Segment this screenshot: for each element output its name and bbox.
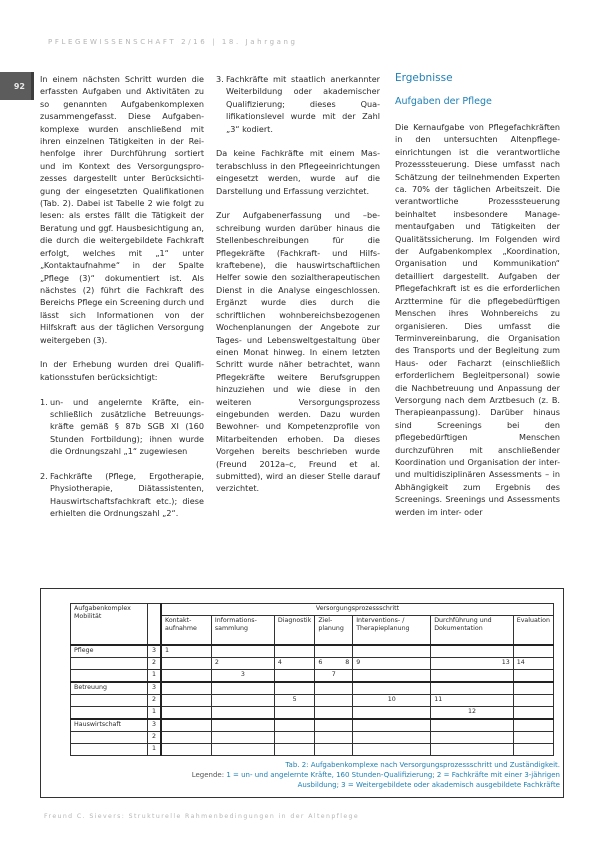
table-row: 2 — [71, 732, 554, 744]
table-row: 1 12 — [71, 707, 554, 720]
table-header-row: Aufgaben­komplex Mobilität Versorgungspr… — [71, 604, 554, 616]
table-row: Pflege 3 1 — [71, 645, 554, 658]
column-header: Durchführung und Dokumentation — [431, 616, 514, 646]
list-item: 2.Fachkräfte (Pflege, Ergotherapie, Phys… — [40, 470, 204, 520]
task-complex-table: Aufgaben­komplex Mobilität Versorgungspr… — [70, 603, 554, 756]
split-cell: 68 — [315, 658, 353, 670]
caption-legend-line2: Ausbildung; 3 = Weitergebildete oder aka… — [50, 780, 560, 790]
header-group: Versorgungsprozessschritt — [161, 604, 554, 616]
caption-title: Tab. 2: Aufgabenkomplexe nach Versorgung… — [50, 760, 560, 770]
qualification-list-continued: 3.Fachkräfte mit staatlich anerkann­ter … — [216, 73, 380, 135]
middle-column: 3.Fachkräfte mit staatlich anerkann­ter … — [216, 73, 380, 507]
qualification-list: 1.un- und angelernte Kräfte, ein­schließ… — [40, 396, 204, 520]
column-header: Kontakt­aufnahme — [161, 616, 211, 646]
table-row: 1 3 7 — [71, 670, 554, 683]
list-item: 1.un- und angelernte Kräfte, ein­schließ… — [40, 396, 204, 458]
column-header: Evaluation — [513, 616, 553, 646]
paragraph: Zur Aufgabenerfassung und –be­schreibung… — [216, 209, 380, 494]
running-head: PFLEGEWISSENSCHAFT 2/16 | 18. Jahrgang — [48, 38, 298, 46]
table-row: Betreuung 3 — [71, 682, 554, 695]
table-row: 2 2 4 68 9 13 14 — [71, 658, 554, 670]
column-header: Diagnostik — [274, 616, 314, 646]
paragraph: Da keine Fachkräfte mit einem Mas­terabs… — [216, 147, 380, 197]
column-header: Informations­sammlung — [211, 616, 274, 646]
left-column: In einem nächsten Schritt wurden die erf… — [40, 73, 204, 532]
paragraph: Die Kernaufgabe von Pflegefachkräf­ten i… — [395, 121, 560, 518]
table-caption: Tab. 2: Aufgabenkomplexe nach Versorgung… — [50, 760, 560, 790]
page-number-tab: 92 — [0, 72, 34, 100]
running-footer: Freund C. Sievers: Strukturelle Rahmenbe… — [44, 813, 359, 820]
page-number: 92 — [14, 82, 25, 91]
column-header: Ziel­planung — [315, 616, 353, 646]
header-corner: Aufgaben­komplex Mobilität — [71, 604, 148, 646]
paragraph: In der Erhebung wurden drei Qualifi­kati… — [40, 358, 204, 383]
right-column: Ergebnisse Aufgaben der Pflege Die Kerna… — [395, 73, 560, 530]
table-row: 2 5 10 11 — [71, 695, 554, 707]
subsection-title: Aufgaben der Pflege — [395, 95, 560, 109]
section-title: Ergebnisse — [395, 71, 560, 85]
table-row: 1 — [71, 744, 554, 756]
column-header: Interventions- / Therapie­planung — [353, 616, 431, 646]
caption-legend: Legende: 1 = un- und angelernte Kräfte, … — [50, 770, 560, 780]
list-item: 3.Fachkräfte mit staatlich anerkann­ter … — [216, 73, 380, 135]
paragraph: In einem nächsten Schritt wurden die erf… — [40, 73, 204, 346]
table-row: Hauswirtschaft 3 — [71, 719, 554, 732]
